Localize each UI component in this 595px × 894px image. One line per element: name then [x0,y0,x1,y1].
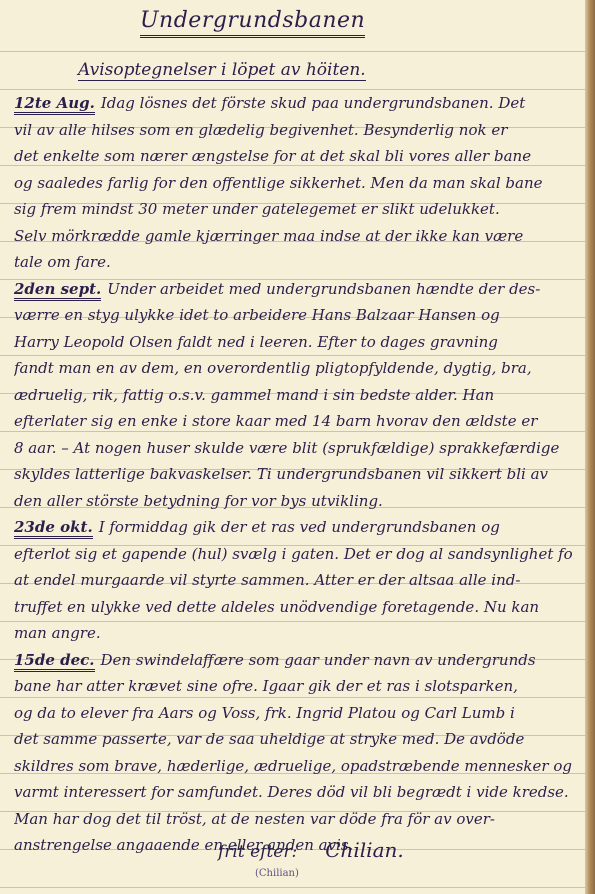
signature-prefix: frit efter: [218,842,297,862]
page-subtitle: Avisoptegnelser i löpet av höiten. [78,60,366,81]
entry-line: og saaledes farlig for den offentlige si… [14,170,574,197]
entry-line: 2den sept.Under arbeidet med undergrunds… [14,276,574,303]
entry-line: det enkelte som nærer ængstelse for at d… [14,143,574,170]
entry-line: fandt man en av dem, en overordentlig pl… [14,355,574,382]
entry-line: ædruelig, rik, fattig o.s.v. gammel mand… [14,382,574,409]
entry-line: skildres som brave, hæderlige, ædruelige… [14,753,574,780]
entry-line: sig frem mindst 30 meter under gatelegem… [14,196,574,223]
entry-line: Selv mörkrædde gamle kjærringer maa inds… [14,223,574,250]
entry-line: den aller störste betydning for vor bys … [14,488,574,515]
entry-line: 12te Aug.Idag lösnes det förste skud paa… [14,90,574,117]
entry-line: 23de okt.I formiddag gik der et ras ved … [14,514,574,541]
page-edge [585,0,595,894]
entry-line: truffet en ulykke ved dette aldeles unöd… [14,594,574,621]
entry-line: varmt interessert for samfundet. Deres d… [14,779,574,806]
entry-line: det samme passerte, var de saa uheldige … [14,726,574,753]
entry-line: og da to elever fra Aars og Voss, frk. I… [14,700,574,727]
entry-line: 15de dec.Den swindelaffære som gaar unde… [14,647,574,674]
signature-name: Chilian. [325,838,404,862]
entry-date: 23de okt. [14,518,93,539]
entry-line: vil av alle hilses som en glædelig begiv… [14,117,574,144]
entry-line: at endel murgaarde vil styrte sammen. At… [14,567,574,594]
entry-date: 12te Aug. [14,94,95,115]
entry-line: tale om fare. [14,249,574,276]
entry-date: 2den sept. [14,280,101,301]
entry-line: 8 aar. – At nogen huser skulde være blit… [14,435,574,462]
page-title: Undergrundsbanen [140,8,365,38]
signature-note: (Chilian) [255,868,299,879]
entry-line: efterlot sig et gapende (hul) svælg i ga… [14,541,574,568]
entry-line: Harry Leopold Olsen faldt ned i leeren. … [14,329,574,356]
entry-line: efterlater sig en enke i store kaar med … [14,408,574,435]
notebook-page: Undergrundsbanen Avisoptegnelser i löpet… [0,0,585,894]
entry-date: 15de dec. [14,651,95,672]
entry-line: man angre. [14,620,574,647]
entry-line: skyldes latterlige bakvaskelser. Ti unde… [14,461,574,488]
entry-line: bane har atter krævet sine ofre. Igaar g… [14,673,574,700]
entry-line: Man har dog det til tröst, at de nesten … [14,806,574,833]
signature: frit efter:Chilian. [218,838,404,862]
entry-line: værre en styg ulykke idet to arbeidere H… [14,302,574,329]
entries-body: 12te Aug.Idag lösnes det förste skud paa… [14,90,574,859]
